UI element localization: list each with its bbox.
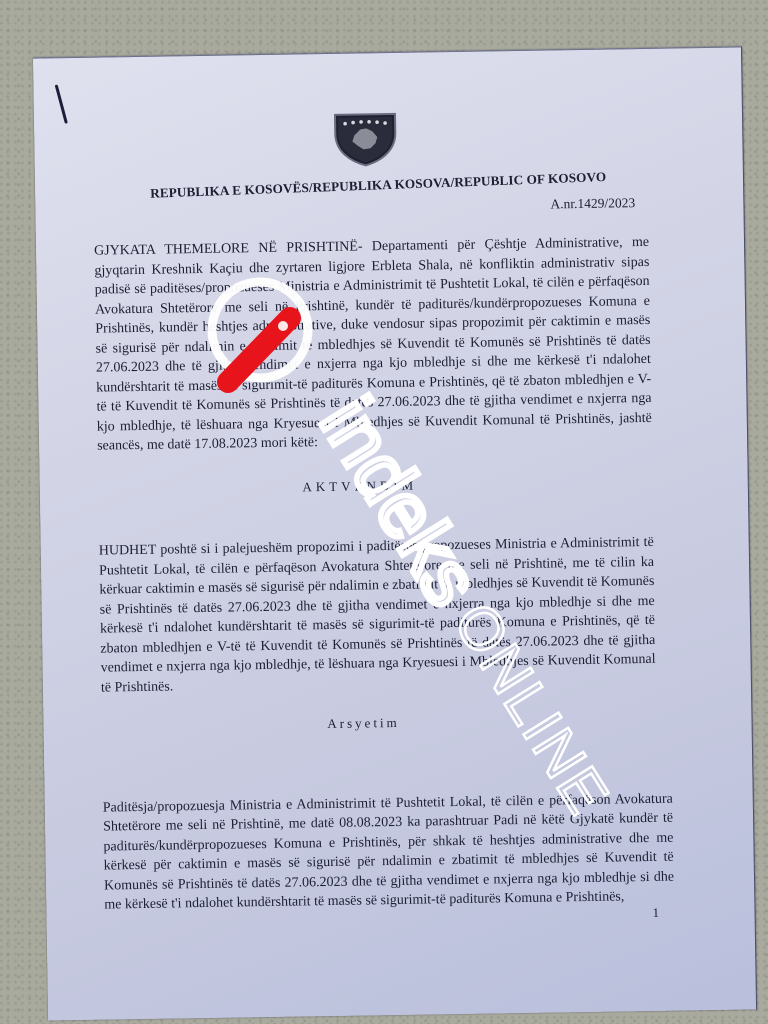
- heading-arsyetim: Arsyetim: [43, 710, 683, 736]
- reasoning-paragraph: Paditësja/propozuesja Ministria e Admini…: [103, 790, 675, 915]
- decision-paragraph: HUDHET poshtë si i palejueshëm propozimi…: [99, 533, 656, 698]
- kosovo-coat-of-arms-icon: [332, 111, 399, 168]
- document-page: REPUBLIKA E KOSOVËS/REPUBLIKA KOSOVA/REP…: [33, 46, 757, 1020]
- heading-aktvendim: AKTVENDIM: [40, 473, 680, 499]
- case-number: A.nr.1429/2023: [550, 195, 635, 212]
- page-number: 1: [652, 905, 659, 921]
- intro-paragraph: GJYKATA THEMELORE NË PRISHTINË- Departam…: [94, 233, 652, 456]
